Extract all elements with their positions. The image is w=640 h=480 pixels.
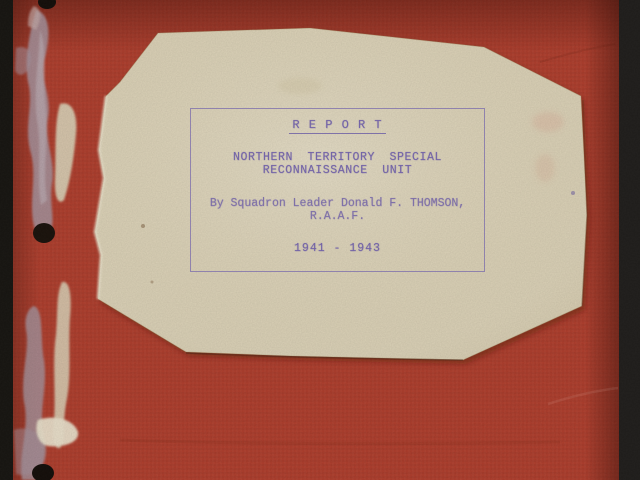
stamp-byline-line2: R.A.A.F.	[191, 210, 484, 223]
stamp-years: 1941 - 1943	[191, 242, 484, 255]
stamp-border: R E P O R T NORTHERN TERRITORY SPECIAL R…	[190, 108, 485, 272]
stamp-byline-line1: By Squadron Leader Donald F. THOMSON,	[191, 197, 484, 210]
stamp-title-line2: RECONNAISSANCE UNIT	[191, 164, 484, 177]
stamp-heading: R E P O R T	[191, 118, 484, 134]
stamp-title-line1: NORTHERN TERRITORY SPECIAL	[191, 151, 484, 164]
report-cover-photo: R E P O R T NORTHERN TERRITORY SPECIAL R…	[0, 0, 640, 480]
stamp-heading-text: R E P O R T	[289, 118, 385, 134]
